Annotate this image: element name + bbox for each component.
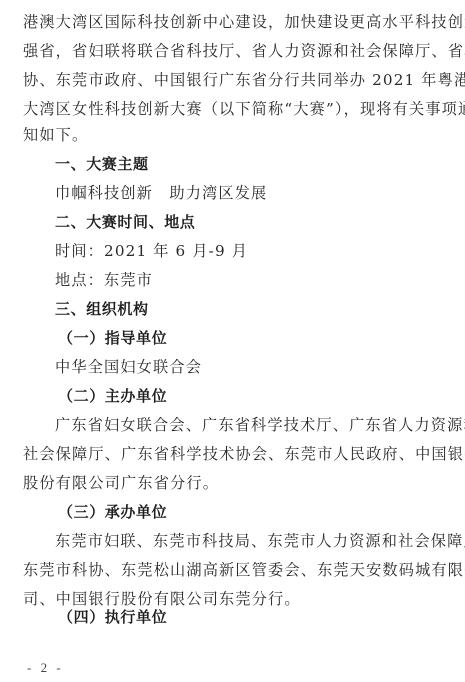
place-text: 地点：东莞市 [55, 270, 465, 290]
intro-line-2: 强省，省妇联将联合省科技厅、省人力资源和社会保障厅、省科 [23, 41, 439, 61]
intro-line-3: 协、东莞市政府、中国银行广东省分行共同举办 2021 年粤港澳 [23, 70, 439, 90]
organizer-units-line-2: 东莞市科协、东莞松山湖高新区管委会、东莞天安数码城有限公 [23, 560, 439, 580]
document-page: 港澳大湾区国际科技创新中心建设，加快建设更高水平科技创新 强省，省妇联将联合省科… [0, 0, 465, 682]
intro-line-1: 港澳大湾区国际科技创新中心建设，加快建设更高水平科技创新 [23, 12, 439, 32]
subsection-heading-organizer: （三）承办单位 [58, 502, 465, 522]
section-heading-theme: 一、大赛主题 [55, 154, 465, 174]
intro-line-4: 大湾区女性科技创新大赛（以下简称“大赛”），现将有关事项通 [23, 99, 439, 119]
host-units-line-3: 股份有限公司广东省分行。 [23, 473, 439, 493]
subsection-heading-guidance: （一）指导单位 [58, 328, 465, 348]
organizer-units-line-1: 东莞市妇联、东莞市科技局、东莞市人力资源和社会保障局、 [55, 531, 439, 551]
subsection-heading-host: （二）主办单位 [58, 386, 465, 406]
section-heading-time-place: 二、大赛时间、地点 [55, 212, 465, 232]
intro-line-5: 知如下。 [23, 125, 439, 145]
subsection-heading-executor: （四）执行单位 [58, 607, 465, 627]
theme-text: 巾帼科技创新 助力湾区发展 [55, 183, 465, 203]
host-units-line-1: 广东省妇女联合会、广东省科学技术厅、广东省人力资源和 [55, 415, 439, 435]
organizer-units-line-3: 司、中国银行股份有限公司东莞分行。 [23, 589, 439, 609]
host-units-line-2: 社会保障厅、广东省科学技术协会、东莞市人民政府、中国银行 [23, 444, 439, 464]
guidance-unit-text: 中华全国妇女联合会 [55, 357, 465, 377]
time-text: 时间：2021 年 6 月-9 月 [55, 241, 465, 261]
section-heading-organization: 三、组织机构 [55, 299, 465, 319]
page-number: - 2 - [27, 660, 64, 676]
